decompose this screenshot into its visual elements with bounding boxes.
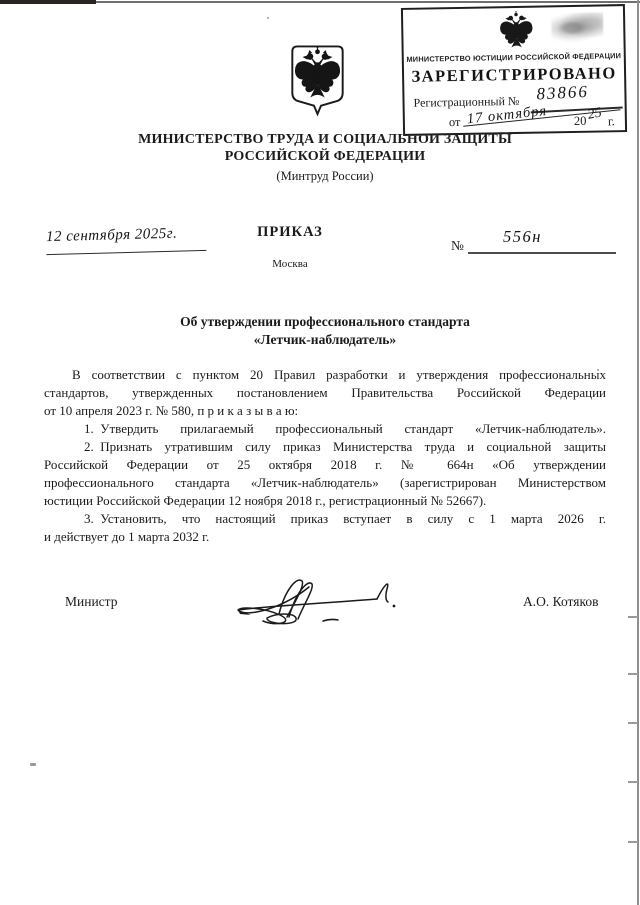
body-line: 2. Признать утратившим силу приказ Минис…: [44, 438, 606, 456]
order-type-label: ПРИКАЗ: [180, 224, 400, 241]
scan-edge-tick: [628, 722, 638, 724]
ministry-name-line2: РОССИЙСКОЙ ФЕДЕРАЦИИ: [44, 149, 606, 166]
ministry-header: МИНИСТЕРСТВО ТРУДА И СОЦИАЛЬНОЙ ЗАЩИТЫ Р…: [44, 132, 606, 185]
scan-edge-tick: [628, 616, 638, 618]
stamp-eagle-icon: [497, 9, 536, 51]
stamp-agency-name: МИНИСТЕРСТВО ЮСТИЦИИ РОССИЙСКОЙ ФЕДЕРАЦИ…: [404, 51, 624, 64]
body-line: Российской Федерации от 25 октября 2018 …: [44, 456, 606, 474]
body-line: юстиции Российской Федерации 12 ноября 2…: [44, 492, 606, 510]
order-number-underline: [468, 252, 616, 254]
body-line: от 10 апреля 2023 г. № 580, п р и к а з …: [44, 402, 606, 420]
stamp-date-suffix: г.: [608, 114, 615, 129]
stamp-date-prefix: от: [449, 115, 461, 130]
scan-speck: [30, 763, 36, 766]
body-line: 3. Установить, что настоящий приказ всту…: [44, 510, 606, 528]
stamp-year-printed: 20: [574, 114, 587, 129]
order-city-label: Москва: [180, 258, 400, 270]
scan-top-edge-gray: [96, 1, 640, 3]
coat-of-arms-icon: [291, 45, 344, 123]
document-title: Об утверждении профессионального стандар…: [44, 313, 606, 349]
order-number-sign: №: [451, 238, 464, 254]
document-body: В соответствии с пунктом 20 Правил разра…: [44, 366, 606, 546]
stamp-year-handwritten: 25: [586, 105, 603, 123]
body-line: 1. Утвердить прилагаемый профессиональны…: [44, 420, 606, 438]
stamp-ink-smudge: [551, 12, 604, 43]
scan-right-edge-line: [637, 0, 639, 905]
scan-edge-tick: [628, 673, 638, 675]
document-title-line1: Об утверждении профессионального стандар…: [44, 313, 606, 331]
body-line: стандартов, утвержденных постановлением …: [44, 384, 606, 402]
scan-speck: [267, 17, 269, 19]
document-title-line2: «Летчик-наблюдатель»: [44, 331, 606, 349]
ministry-name-line1: МИНИСТЕРСТВО ТРУДА И СОЦИАЛЬНОЙ ЗАЩИТЫ: [44, 132, 606, 149]
scan-top-edge-dark: [0, 0, 96, 4]
ministry-short-name: (Минтруд России): [44, 168, 606, 185]
stamp-registered-label: ЗАРЕГИСТРИРОВАНО: [404, 63, 624, 87]
scan-edge-tick: [628, 841, 638, 843]
justice-registration-stamp: МИНИСТЕРСТВО ЮСТИЦИИ РОССИЙСКОЙ ФЕДЕРАЦИ…: [401, 4, 627, 136]
signer-position: Министр: [65, 594, 117, 610]
signature-icon: [205, 568, 415, 638]
body-line: и действует до 1 марта 2032 г.: [44, 528, 606, 546]
stamp-reg-number-handwritten: 83866: [536, 82, 589, 105]
body-line: В соответствии с пунктом 20 Правил разра…: [44, 366, 606, 384]
scanned-order-document: МИНИСТЕРСТВО ТРУДА И СОЦИАЛЬНОЙ ЗАЩИТЫ Р…: [0, 0, 640, 905]
body-line: профессионального стандарта «Летчик-набл…: [44, 474, 606, 492]
signer-name: А.О. Котяков: [523, 594, 598, 610]
order-number-handwritten: 556н: [503, 227, 542, 247]
order-date-text: 12 сентября 2025г.: [46, 226, 178, 245]
scan-edge-tick: [628, 781, 638, 783]
order-type-block: ПРИКАЗ Москва: [180, 224, 400, 270]
